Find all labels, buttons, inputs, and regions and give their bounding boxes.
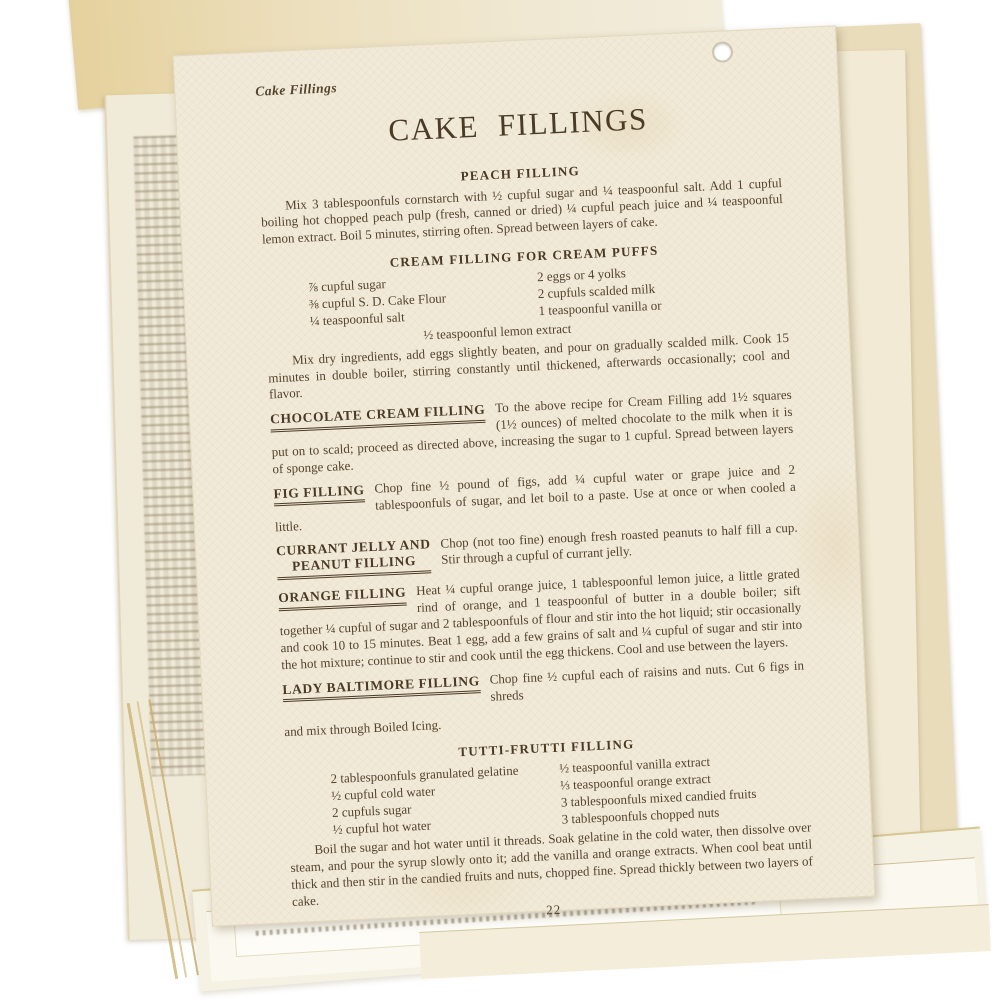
- page-title: CAKE FILLINGS: [256, 93, 779, 157]
- fig-filling-heading: FIG FILLING: [273, 481, 365, 507]
- chocolate-cream-filling-body: To the above recipe for Cream Filling ad…: [271, 387, 793, 476]
- chocolate-cream-filling-heading: CHOCOLATE CREAM FILLING: [270, 401, 486, 432]
- ingredients-left-column: 2 tablespoonfuls granulated gelatine ½ c…: [330, 761, 562, 839]
- currant-jelly-peanut-filling-body: Chop (not too fine) enough fresh roasted…: [440, 519, 798, 567]
- running-head: Cake Fillings: [255, 59, 777, 100]
- lady-baltimore-filling-heading: LADY BALTIMORE FILLING: [282, 672, 480, 702]
- page-content: Cake Fillings CAKE FILLINGS PEACH FILLIN…: [174, 26, 875, 934]
- orange-filling-heading: ORANGE FILLING: [278, 584, 407, 611]
- ingredients-left-column: ⅞ cupful sugar ⅜ cupful S. D. Cake Flour…: [308, 269, 539, 330]
- main-recipe-page: Cake Fillings CAKE FILLINGS PEACH FILLIN…: [173, 25, 876, 926]
- photo-of-cookbook-page: Cake Fillings CAKE FILLINGS PEACH FILLIN…: [0, 0, 1000, 1000]
- currant-jelly-peanut-filling-heading: CURRANT JELLY AND PEANUT FILLING: [276, 536, 432, 581]
- ingredients-right-column: 2 eggs or 4 yolks 2 cupfuls scalded milk…: [537, 258, 788, 320]
- lady-baltimore-filling-body: Chop fine ½ cupful each of raisins and n…: [489, 657, 804, 703]
- ingredients-right-column: ½ teaspoonful vanilla extract ⅓ teaspoon…: [559, 750, 811, 829]
- orange-filling-body: Heat ¼ cupful orange juice, 1 tablespoon…: [279, 566, 802, 672]
- orange-filling-section: ORANGE FILLING Heat ¼ cupful orange juic…: [278, 566, 803, 674]
